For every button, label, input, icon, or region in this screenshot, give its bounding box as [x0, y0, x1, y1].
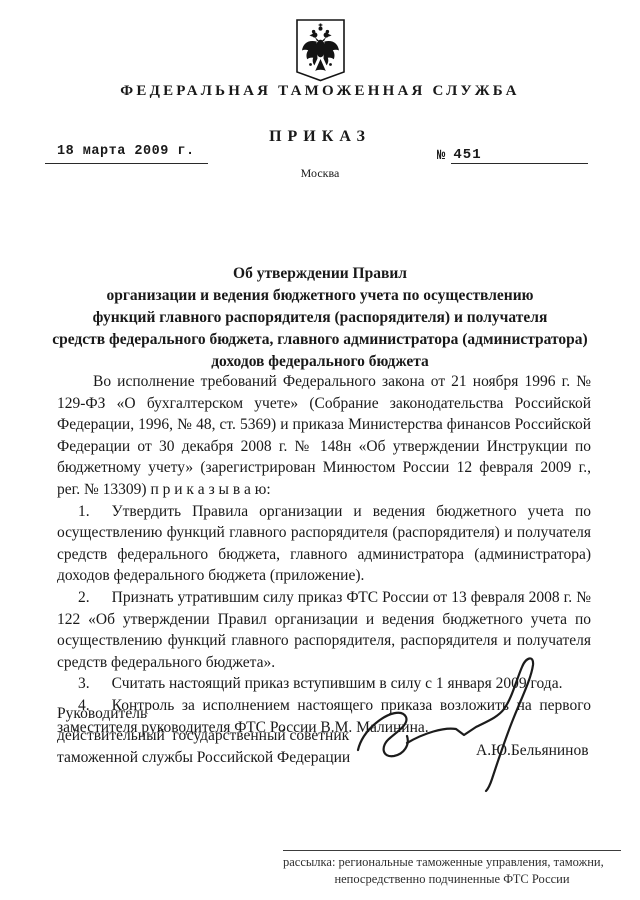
item-text: Утвердить Правила организации и ведения …	[57, 503, 591, 585]
item-number: 3.	[78, 675, 112, 692]
number-field: № 451	[437, 144, 588, 164]
signer-position: Руководитель действительный государствен…	[57, 703, 350, 769]
intro-paragraph: Во исполнение требований Федерального за…	[57, 371, 591, 501]
scanned-order-document: ФЕДЕРАЛЬНАЯ ТАМОЖЕННАЯ СЛУЖБА ПРИКАЗ 18 …	[0, 0, 640, 900]
date-field: 18 марта 2009 г.	[45, 144, 208, 164]
org-name: ФЕДЕРАЛЬНАЯ ТАМОЖЕННАЯ СЛУЖБА	[0, 83, 640, 100]
handwritten-signature-icon	[350, 653, 595, 795]
number-label: №	[437, 148, 451, 164]
document-title: Об утверждении Правил организации и веде…	[20, 263, 620, 373]
coat-of-arms-icon	[296, 19, 345, 82]
number-value: 451	[451, 147, 588, 164]
item-number: 2.	[78, 589, 112, 606]
city-label: Москва	[0, 166, 640, 181]
signer-name: А.Ю.Бельянинов	[476, 742, 589, 760]
item-number: 1.	[78, 503, 112, 520]
distribution-line-2: непосредственно подчиненные ФТС России	[283, 871, 621, 888]
order-item-1: 1.Утвердить Правила организации и ведени…	[57, 501, 591, 587]
distribution-note: рассылка: региональные таможенные управл…	[283, 850, 621, 887]
distribution-line-1: рассылка: региональные таможенные управл…	[283, 854, 621, 871]
